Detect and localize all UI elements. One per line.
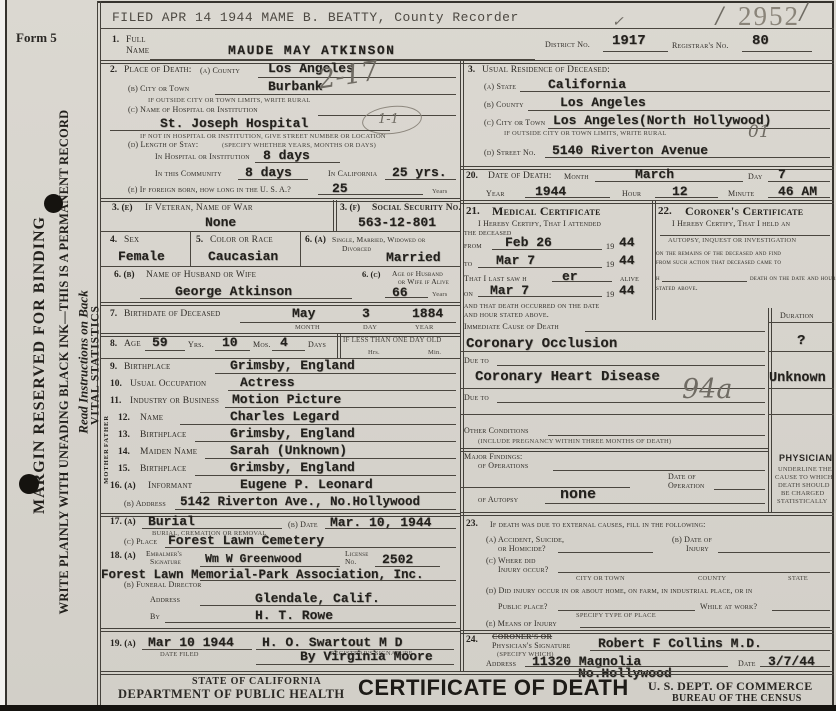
physician-note-5: STATISTICALLY [777,499,828,506]
husband-wife-value: George Atkinson [175,285,292,298]
hours-label: Hrs. [368,350,380,357]
punch-hole [19,474,39,494]
rule [142,528,282,529]
color-race-value: Caucasian [208,250,278,263]
in-community-value: 8 days [245,166,292,179]
marital-status-label-2: Divorced [342,245,371,253]
birthplace-value: Grimsby, England [230,359,355,372]
place-of-death-label: Place of Death: [124,66,192,76]
age-days-value: 4 [280,336,288,349]
dod-day-value: 7 [778,168,786,181]
registrar-no-label: Registrar's No. [672,42,729,50]
date-of-operation-label-2: Operation [668,482,705,490]
field6b-number: 6. (b) [114,271,135,281]
rule [256,664,454,665]
did-injury-occur-label: (d) Did injury occur in or about home, o… [486,587,752,595]
form-border-top [97,1,834,3]
specify-place-note: SPECIFY TYPE OF PLACE [576,613,656,620]
in-hospital-value: 8 days [263,149,310,162]
year-sublabel: YEAR [415,325,434,332]
in-hospital-label: In Hospital or Institution [155,153,250,161]
minutes-label: Min. [428,350,441,357]
physician-box-title: PHYSICIAN [779,453,833,463]
rule [142,649,252,650]
external-causes-title: If death was due to external causes, fil… [490,521,706,529]
year-prefix: 19 [606,291,614,299]
residence-city-value: Los Angeles(North Hollywood) [553,114,771,127]
rule [558,572,830,573]
informant-value: Eugene P. Leonard [240,478,373,491]
county-label: (a) County [200,67,240,75]
age-days-label: Days [308,341,326,349]
age-years-value: 59 [152,336,168,349]
physician-date-label: Date [738,660,756,668]
rule [200,492,456,493]
rule [385,179,456,180]
attended-from-value: Feb 26 [505,236,552,249]
rule [478,296,602,297]
autopsy-value: none [560,487,596,502]
attended-from-year: 44 [619,236,635,249]
dod-month-label: Month [564,173,589,181]
rule [215,94,456,95]
rule [768,197,830,198]
birthplace-label: Birthplace [124,363,170,373]
field18-number: 18. (a) [110,552,136,562]
field3e-number: 3. (e) [112,204,133,214]
veteran-war-value: None [205,216,236,229]
years-unit-label: Years [432,189,448,196]
license-label-2: No. [345,558,357,566]
rule [553,470,765,471]
rule [165,622,456,623]
pencil-check: ✓ [612,15,624,29]
father-side-label: FATHER [104,415,111,447]
rule [165,547,456,548]
husband-wife-label: Name of Husband or Wife [146,271,256,281]
residence-county-label: (b) County [484,101,524,109]
date-filed-note: DATE FILED [160,652,199,659]
less-than-one-day-label: IF LESS THAN ONE DAY OLD [343,337,441,344]
rule [215,373,456,374]
of-autopsy-label: of Autopsy [478,496,518,504]
rule [228,390,456,391]
field23-number: 23. [466,520,478,530]
rule [180,424,456,425]
due-to-label-2: Due to [464,394,489,402]
year-prefix: 19 [606,243,614,251]
mother-maiden-name-label: Maiden Name [140,448,197,458]
informant-label: Informant [148,482,192,492]
rule [200,605,456,606]
footer-state-line-1: STATE OF CALIFORNIA [192,676,321,687]
age-months-value: 10 [222,336,238,349]
field15-number: 15. [118,465,130,475]
registrar-by-value: By Virginia Moore [300,650,433,663]
rule [603,51,668,52]
rule [240,322,456,323]
field19-number: 19. (a) [110,640,136,650]
scan-edge-bottom [0,705,836,711]
in-california-value: 25 yrs. [392,166,447,179]
physician-note-2: CAUSE TO WHICH [775,475,833,482]
filed-stamp: FILED APR 14 1944 MAME B. BEATTY, County… [112,11,519,24]
residence-city-label: (c) City or Town [484,119,545,127]
field1-number: 1. [112,36,119,46]
attended-to-value: Mar 7 [496,254,535,267]
rule [190,231,191,266]
district-no-label: District No. [545,41,590,49]
rule [215,350,250,351]
age-label: Age [124,340,141,350]
rule [585,331,765,332]
field8-number: 8. [110,340,117,350]
certificate-number-stamp: 2952 [738,3,800,30]
burial-date-label: (b) Date [288,521,318,529]
field10-number: 10. [110,380,122,390]
funeral-address-label: Address [150,596,180,604]
father-name-label: Name [140,414,163,424]
burial-place-value: Forest Lawn Cemetery [168,534,324,547]
spouse-age-unit: Years [432,292,448,299]
residence-state-value: California [548,78,626,91]
form-border-right [832,1,834,705]
field4-number: 4. [110,236,117,246]
rule [595,181,743,182]
rule [760,666,830,667]
immediate-cause-value: Coronary Occlusion [466,337,617,351]
handwritten-2-17: 2-17 [316,57,380,93]
full-name-label-1: Full [126,36,146,46]
occupation-label: Usual Occupation [130,380,206,390]
rule [660,235,830,236]
field24-number: 24. [466,636,478,646]
death-certificate-scan: Form 5 MARGIN RESERVED FOR BINDING WRITE… [0,0,836,711]
rule [718,552,830,553]
rural-note: IF OUTSIDE CITY OR TOWN LIMITS, WRITE RU… [148,98,311,105]
dod-year-label: Year [486,190,505,198]
handwritten-01: 01 [748,124,770,141]
means-of-injury-label: (e) Means of Injury [486,620,557,628]
birthdate-month-value: May [292,307,315,320]
rule [552,281,612,282]
scan-edge-line [5,0,7,711]
field11-number: 11. [110,397,121,407]
public-place-label: Public place? [498,603,548,611]
rule [110,130,390,131]
rule [528,110,830,111]
field6c-number: 6. (c) [362,270,381,279]
in-california-label: In California [328,170,377,178]
dod-month-value: March [635,168,674,181]
field21-number: 21. [466,206,480,218]
physician-address-label: Address [486,660,516,668]
hospital-label: (c) Name of Hospital or Institution [128,106,258,114]
burial-type-value: Burial [148,515,195,528]
industry-value: Motion Picture [232,393,341,406]
rule [460,487,630,488]
funeral-by-value: H. T. Rowe [255,609,333,622]
form-number-label: Form 5 [16,30,57,46]
physician-signature-label: Physician's Signature [492,642,571,650]
color-race-label: Color or Race [210,236,273,246]
rule [460,512,834,516]
attended-from-label: from [464,242,482,250]
rule [145,350,185,351]
rule [580,627,830,628]
rule [460,351,765,352]
medical-certificate-title: Medical Certificate [492,205,601,217]
physician-note-3: DEATH SHOULD [778,483,830,490]
duration-header-label: Duration [780,312,814,320]
attended-to-label: to [464,260,472,268]
rule [100,28,834,29]
birthdate-label: Birthdate of Deceased [124,310,220,320]
birthdate-year-value: 1884 [412,307,443,320]
rule [195,475,456,476]
accident-suicide-label-2: or Homicide? [498,545,546,553]
dod-hour-label: Hour [622,190,641,198]
mother-side-label: MOTHER [104,448,111,484]
rule [100,628,460,632]
rule [205,458,456,459]
margin-vital-statistics-text: VITAL STATISTICS [90,305,102,425]
dod-minute-label: Minute [728,190,754,198]
veteran-war-label: If Veteran, Name of War [145,204,253,214]
due-to-value-1: Coronary Heart Disease [475,370,660,384]
rule [318,194,423,195]
residence-state-label: (a) State [484,83,516,91]
field17-number: 17. (a) [110,518,136,528]
of-operations-label: of Operations [478,462,528,470]
rule [768,181,830,182]
foreign-born-label: (e) If foreign born, how long in the U. … [128,186,291,194]
rule [742,51,812,52]
footer-state-line-2: DEPARTMENT OF PUBLIC HEALTH [118,687,345,702]
rule [655,197,718,198]
state-sublabel: STATE [788,576,808,583]
field2-number: 2. [110,66,117,76]
district-no-value: 1917 [612,34,646,48]
rule [545,157,830,158]
rule [545,503,765,504]
field12-number: 12. [118,414,130,424]
other-conditions-label: Other Conditions [464,427,529,435]
sex-label: Sex [124,236,139,246]
pencil-slash: / [716,6,723,28]
rule [140,298,352,299]
city-or-town-sublabel: CITY OR TOWN [576,576,625,583]
rule [175,509,456,510]
date-of-death-label: Date of Death: [488,172,552,182]
residence-street-value: 5140 Riverton Avenue [552,144,708,157]
rule [558,552,653,553]
rule [195,441,456,442]
medical-certify-line-4: and hour stated above. [464,311,549,319]
margin-binding-text: MARGIN RESERVED FOR BINDING [32,216,48,514]
rule [337,333,341,358]
rule [385,297,428,298]
rule [325,528,456,529]
last-saw-on-label: on [464,290,473,298]
rule [225,407,456,408]
marital-status-label-1: Single, Married, Widowed or [332,236,425,244]
duration-due1-value: Unknown [769,372,826,386]
field5-number: 5. [196,236,203,246]
rule [375,566,440,567]
full-name-label-2: Name [126,47,149,57]
month-sublabel: MONTH [295,325,320,332]
rule [255,162,340,163]
where-injury-label-2: Injury occur? [498,566,549,574]
rule [200,580,456,581]
sex-value: Female [118,250,165,263]
field3-number: 3. [468,66,475,76]
punch-hole [44,194,63,213]
field16-number: 16. (a) [110,482,136,492]
rule [548,435,765,436]
rule [548,128,830,129]
coroner-certify-line-1: I Hereby Certify, That I held an [672,220,790,228]
coroner-certify-line-2: on the remains of the deceased and find [656,249,781,257]
duration-column-divider [768,308,772,512]
informant-address-value: 5142 Riverton Ave., No.Hollywood [180,496,420,509]
footer-commerce-line-1: U. S. DEPT. OF COMMERCE [648,679,813,694]
marital-status-value: Married [386,251,441,264]
margin-write-plainly-text: WRITE PLAINLY WITH UNFADING BLACK INK—TH… [58,110,71,615]
ssn-label: Social Security No. [372,204,461,214]
rule [662,281,747,282]
rule [768,388,834,389]
age-years-label: Yrs. [188,341,204,349]
rule [497,365,765,366]
rule [520,91,830,92]
embalmer-signature-value: Wm W Greenwood [205,554,302,566]
funeral-address-value: Glendale, Calif. [255,592,380,605]
residence-street-label: (d) Street No. [484,149,536,157]
industry-label: Industry or Business [130,397,219,407]
duration-immediate-value: ? [797,334,805,348]
registrar-signature-value: H. O. Swartout M D [262,636,402,649]
rule [100,198,460,202]
date-filed-value: Mar 10 1944 [148,636,234,649]
rule [768,351,834,352]
attended-to-year: 44 [619,254,635,267]
father-name-value: Charles Legard [230,410,339,423]
field7-number: 7. [110,310,117,320]
rule [100,302,460,306]
autopsy-inquest-label: AUTOPSY, INQUEST OR INVESTIGATION [668,238,796,245]
coroner-certify-line-5: stated above. [656,284,698,292]
father-birthplace-value: Grimsby, England [230,427,355,440]
ssn-value: 563-12-801 [358,216,436,229]
in-community-label: In this Community [155,170,222,178]
rule [100,60,834,64]
physician-note-1: UNDERLINE THE [778,467,832,474]
residence-rural-note: IF OUTSIDE CITY OR TOWN LIMITS, WRITE RU… [504,131,667,138]
coroners-or-struck-label: CORONER'S OR [492,633,552,641]
rule [272,350,305,351]
city-or-town-value: Burbank [268,80,323,93]
field20-number: 20. [466,172,478,182]
due-to-label-1: Due to [464,357,489,365]
while-at-work-label: While at work? [700,603,757,611]
rule [100,266,460,267]
rule [333,200,337,231]
field13-number: 13. [118,431,130,441]
burial-place-label: (c) Place [124,538,157,546]
last-saw-on-year: 44 [619,284,635,297]
pencil-circle [361,103,424,137]
length-of-stay-label: (d) Length of Stay: [128,141,198,149]
coroner-certify-line-4: death on the date and hour [750,274,836,282]
county-sublabel: COUNTY [698,576,726,583]
license-number-value: 2502 [382,553,413,566]
other-conditions-note: (INCLUDE PREGNANCY WITHIN THREE MONTHS O… [478,439,671,446]
coroner-h-label: h [656,274,660,282]
mother-birthplace-label: Birthplace [140,465,186,475]
rule [492,249,602,250]
occupation-value: Actress [240,376,295,389]
certificate-of-death-title: CERTIFICATE OF DEATH [358,675,629,701]
birthdate-day-value: 3 [362,307,370,320]
dod-day-label: Day [748,173,763,181]
residence-county-value: Los Angeles [560,96,646,109]
informant-address-label: (b) Address [124,500,166,508]
father-birthplace-label: Birthplace [140,431,186,441]
mother-birthplace-value: Grimsby, England [230,461,355,474]
coroner-certify-line-3: from such action that deceased came to [656,258,781,266]
field22-number: 22. [658,206,672,218]
funeral-director-label: (b) Funeral Director [124,581,201,589]
rule [768,414,834,415]
hospital-value: St. Joseph Hospital [160,117,308,130]
rule [200,566,340,567]
handwritten-94a: 94a [682,376,732,403]
rule [460,414,765,415]
pencil-slash: / [800,2,807,24]
margin-read-instructions-text: Read Instructions on Back [77,290,90,433]
field9-number: 9. [110,363,117,373]
field14-number: 14. [118,448,130,458]
rule [768,322,834,323]
rule [300,231,301,266]
age-months-label: Mos. [253,341,271,349]
full-name-value: MAUDE MAY ATKINSON [228,44,395,57]
day-sublabel: DAY [363,325,377,332]
year-prefix: 19 [606,261,614,269]
field3f-number: 3. (f) [340,204,360,214]
footer-commerce-line-2: BUREAU OF THE CENSUS [672,693,802,704]
coroners-certificate-title: Coroner's Certificate [685,205,803,217]
city-or-town-label: (b) City or Town [128,85,189,93]
rule [590,650,830,651]
immediate-cause-label: Immediate Cause of Death [464,323,559,331]
physician-signature-value: Robert F Collins M.D. [598,637,762,650]
rule [558,610,695,611]
rule [525,197,610,198]
embalmer-label-2: Signature [150,558,181,566]
usual-residence-label: Usual Residence of Deceased: [482,66,610,76]
funeral-by-label: By [150,613,160,621]
field6a-number: 6. (a) [305,236,326,246]
column-divider [460,60,464,672]
physician-note-4: BE CHARGED [781,491,824,498]
rule [238,179,308,180]
date-of-injury-label-2: Injury [686,545,709,553]
rule [478,267,602,268]
rule [714,489,765,490]
